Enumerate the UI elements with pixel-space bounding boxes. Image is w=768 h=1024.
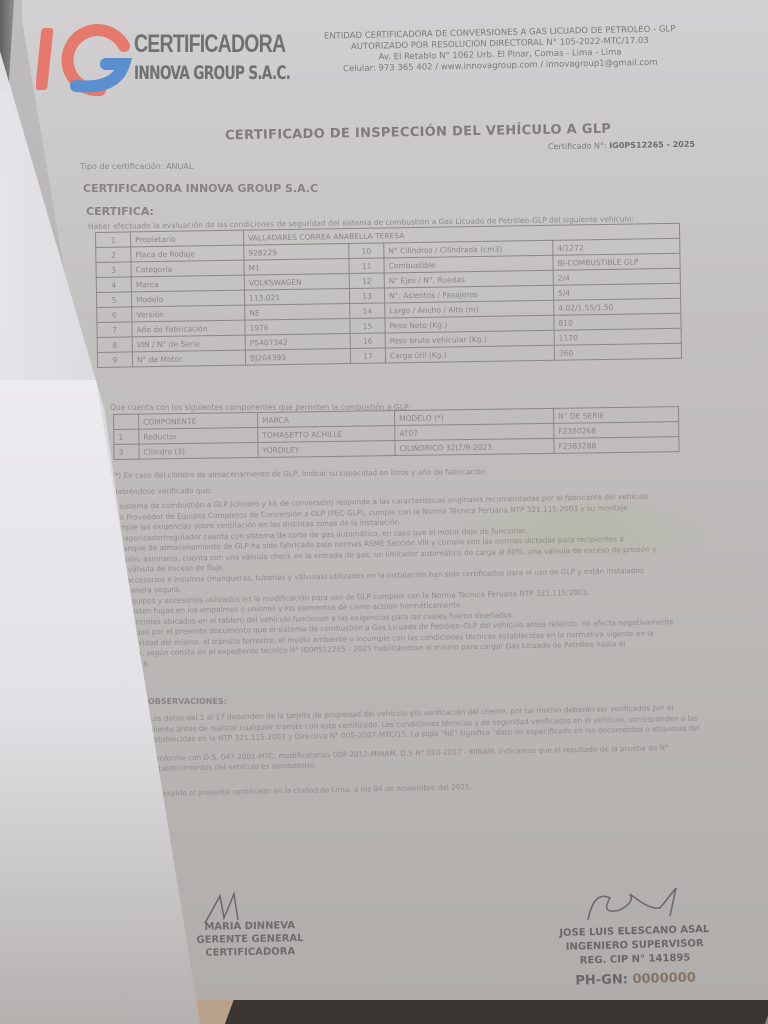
component-serial: F2383288 (554, 437, 679, 454)
field-label: Carga útil (Kg.) (385, 345, 554, 363)
field-value: 360 (554, 343, 681, 360)
field-value: M1 (244, 259, 349, 276)
field-value: VOLKSWAGEN (244, 274, 349, 291)
cip-value: 0000000 (632, 970, 696, 987)
component-model: CILINDRICO 32LT/9-2023 (395, 438, 554, 455)
row-number: 12 (349, 273, 384, 289)
signature-stamp-right: JOSE LUIS ELESCANO ASAL INGENIERO SUPERV… (554, 923, 716, 989)
row-number: 14 (350, 303, 385, 319)
certification-type-label: Tipo de certificación: (80, 162, 164, 171)
company-name: CERTIFICADORA INNOVA GROUP S.A.C (83, 182, 318, 195)
row-number: 15 (350, 318, 385, 334)
field-value: BJ204393 (245, 349, 350, 366)
field-value: 113.021 (244, 289, 349, 306)
row-number: 8 (97, 337, 132, 353)
row-number: 1 (114, 429, 139, 444)
field-label: Versión (132, 305, 245, 322)
components-table: COMPONENTE MARCA MODELO (*) N° DE SERIE … (113, 406, 680, 460)
row-number: 16 (350, 333, 385, 349)
certificate-number-value: IG0PS12265 - 2025 (609, 140, 695, 150)
row-number: 1 (96, 232, 131, 248)
field-label: Categoría (131, 260, 244, 277)
observations-title: OBSERVACIONES: (148, 697, 227, 706)
signature-line: REG. CIP N° 141895 (555, 951, 715, 969)
column-header (114, 414, 139, 429)
field-label: Marca (131, 275, 244, 292)
component-name: Cilindro (3) (139, 442, 258, 459)
field-value: 1976 (245, 319, 350, 336)
cip-label: PH-GN: (575, 972, 628, 988)
row-number: 13 (349, 288, 384, 304)
field-value: NE (245, 304, 350, 321)
entity-header: ENTIDAD CERTIFICADORA DE CONVERSIONES A … (300, 24, 701, 76)
certificate-number-label: Certificado N°: (548, 141, 607, 151)
certification-type-value: ANUAL (166, 162, 193, 171)
row-number: 6 (97, 307, 132, 323)
cylinder-note: (*) En caso del cilindro de almacenamien… (112, 465, 712, 482)
row-number: 10 (349, 243, 384, 259)
signature-stamp-left: MARIA DINNEVA GERENTE GENERAL CERTIFICAD… (185, 919, 316, 960)
field-label: N° de Motor (132, 350, 245, 367)
row-number: 3 (114, 444, 139, 459)
row-number: 4 (96, 277, 131, 293)
component-serial: F2380268 (554, 422, 679, 439)
logo-text-line2: INNOVA GROUP S.A.C. (134, 62, 290, 84)
row-number: 3 (96, 262, 131, 278)
column-header: N° DE SERIE (553, 407, 678, 424)
row-number: 11 (349, 258, 384, 274)
field-value: P5407342 (245, 334, 350, 351)
observation-line: Se expide el presente certificado en la … (151, 777, 711, 799)
cip-stamp: PH-GN: 0000000 (555, 971, 715, 989)
row-number: 17 (350, 348, 385, 364)
logo-text-line1: CERTIFICADORA (134, 30, 285, 59)
document-title: CERTIFICADO DE INSPECCIÓN DEL VEHÍCULO A… (225, 122, 611, 144)
certifies-heading: CERTIFICA: (86, 205, 154, 218)
observations-block: Los datos del 1 al 17 dependen de la tar… (149, 702, 711, 799)
row-number: 9 (97, 352, 132, 368)
component-brand: YORDILEY (258, 441, 395, 458)
signature-line: GERENTE GENERAL (185, 932, 315, 947)
vehicle-spec-table: 1 Propietario VALLADARES CORREA ANABELLA… (95, 223, 682, 368)
signature-right-icon (580, 880, 710, 930)
ig-logo-icon (36, 24, 132, 96)
column-header: COMPONENTE (139, 412, 258, 429)
row-number: 7 (97, 322, 132, 338)
row-number: 2 (96, 247, 131, 263)
certification-type: Tipo de certificación: ANUAL (80, 162, 193, 171)
field-label: Modelo (131, 290, 244, 307)
component-name: Reductor (139, 427, 258, 444)
signature-line: CERTIFICADORA (185, 945, 315, 960)
row-number: 5 (96, 292, 131, 308)
field-value: 928229 (244, 244, 349, 261)
certificate-number: Certificado N°: IG0PS12265 - 2025 (548, 140, 695, 152)
verifications-block: El sistema de combustión a GLP (cilindro… (110, 490, 713, 669)
